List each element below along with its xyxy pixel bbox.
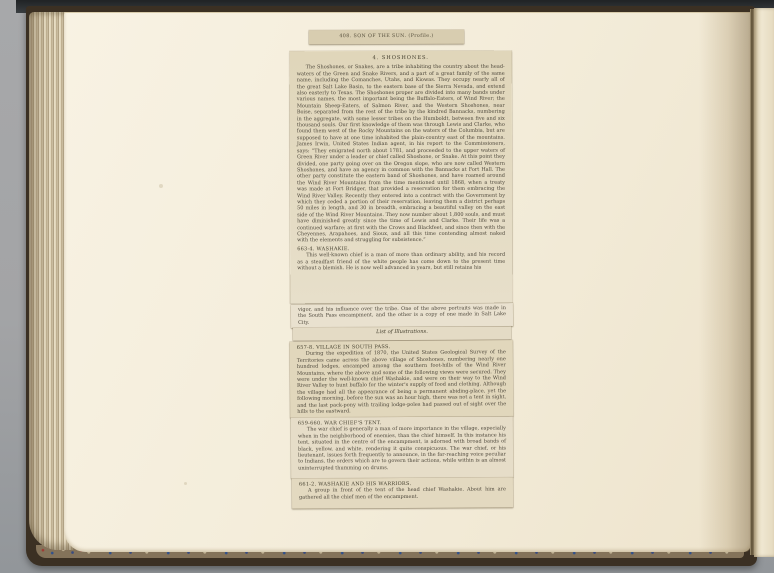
clipping-washakie-and-warriors: 661-2. WASHAKIE AND HIS WARRIORS. A grou… xyxy=(292,477,513,508)
clipping-village-in-south-pass: 657-8. VILLAGE IN SOUTH PASS. During the… xyxy=(290,340,514,418)
washakie-paragraph-end: vigor, and his influence over the tribe.… xyxy=(298,305,506,326)
clipping-list-of-illustrations: List of Illustrations. xyxy=(293,326,511,340)
war-chief-paragraph: The war chief is generally a man of more… xyxy=(298,426,506,472)
warriors-paragraph: A group in front of the tent of the head… xyxy=(299,487,506,501)
clipping-main-text: 4. SHOSHONES. The Shoshones, or Snakes, … xyxy=(290,51,513,304)
washakie-paragraph-start: This well-known chief is a man of more t… xyxy=(297,252,505,272)
page-blemish xyxy=(159,184,163,188)
section-heading: 4. SHOSHONES. xyxy=(297,55,505,62)
village-paragraph: During the expedition of 1870, the Unite… xyxy=(297,350,506,416)
photo-of-album-page: { "colors": { "background_gray": "#a3a4a… xyxy=(0,0,774,573)
clipping-washakie-continuation: vigor, and his influence over the tribe.… xyxy=(291,303,513,328)
header-slip-caption: 408. SON OF THE SUN. (Profile.) xyxy=(339,34,433,41)
intro-paragraph: The Shoshones, or Snakes, are a tribe in… xyxy=(297,64,505,244)
facing-page-edge xyxy=(754,8,774,557)
clipping-header-slip: 408. SON OF THE SUN. (Profile.) xyxy=(309,30,464,45)
clipping-war-chiefs-tent: 659-660. WAR CHIEF'S TENT. The war chief… xyxy=(291,416,513,478)
list-of-illustrations-label: List of Illustrations. xyxy=(376,329,428,335)
page-blemish xyxy=(184,482,187,485)
